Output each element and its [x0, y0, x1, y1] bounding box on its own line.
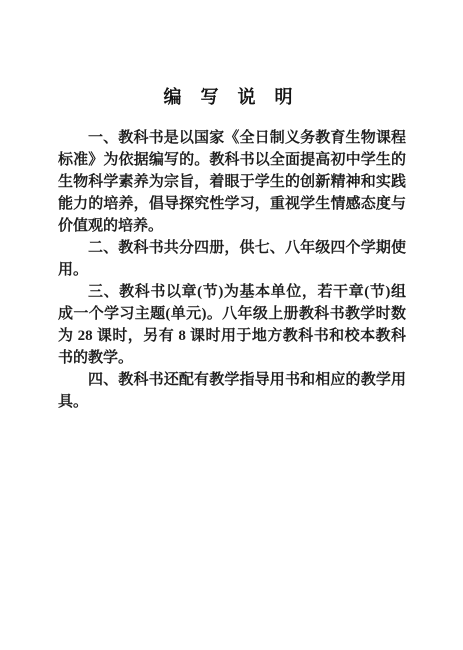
paragraph-3: 三、教科书以章(节)为基本单位，若干章(节)组成一个学习主题(单元)。八年级上册…	[58, 281, 406, 369]
paragraph-2: 二、教科书共分四册，供七、八年级四个学期使用。	[58, 237, 406, 281]
paragraph-4: 四、教科书还配有教学指导用书和相应的教学用具。	[58, 369, 406, 413]
page-title: 编 写 说 明	[0, 83, 463, 109]
scanned-book-page: 编 写 说 明 一、教科书是以国家《全日制义务教育生物课程标准》为依据编写的。教…	[0, 0, 463, 650]
editorial-notes-body: 一、教科书是以国家《全日制义务教育生物课程标准》为依据编写的。教科书以全面提高初…	[58, 127, 406, 413]
paragraph-1: 一、教科书是以国家《全日制义务教育生物课程标准》为依据编写的。教科书以全面提高初…	[58, 127, 406, 237]
